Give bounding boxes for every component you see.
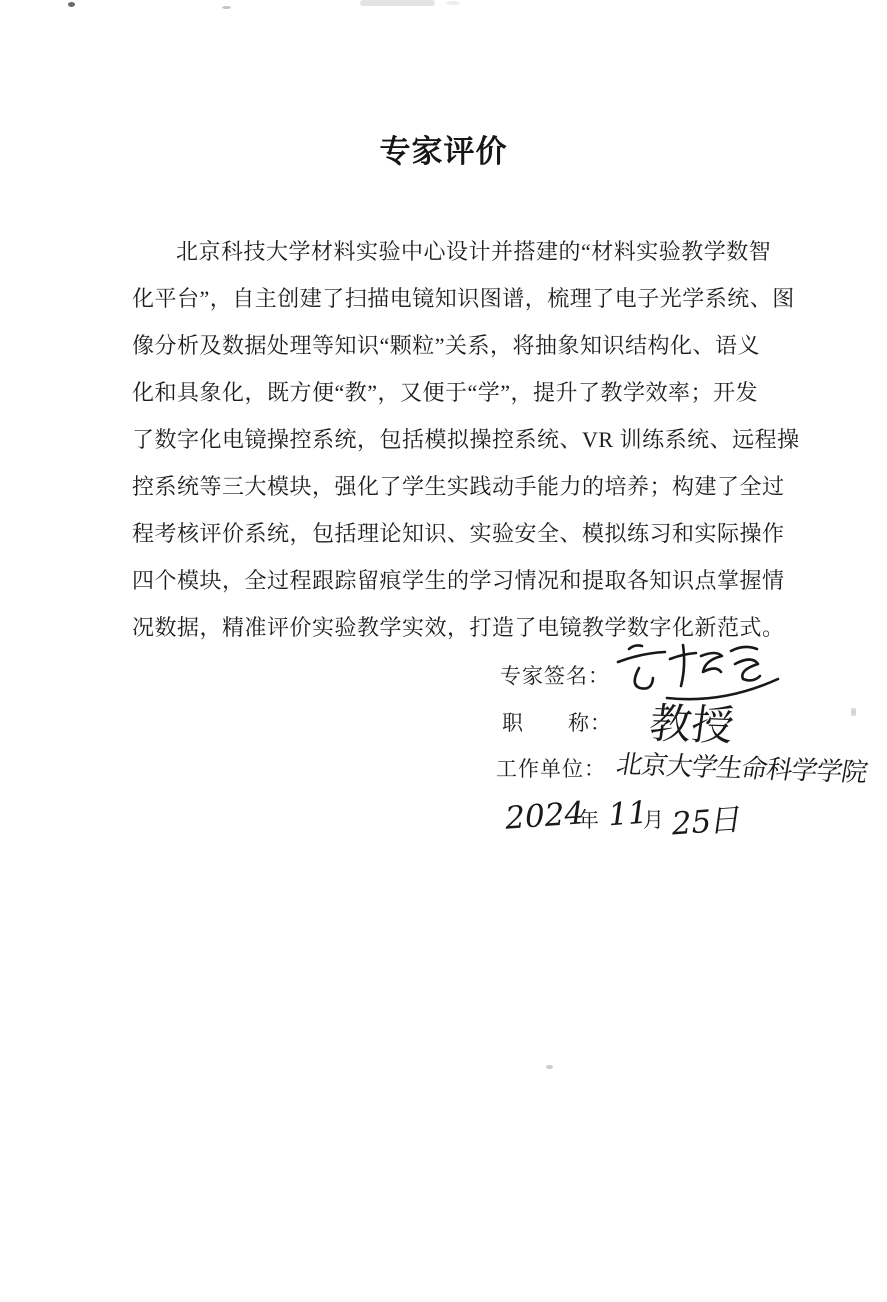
paragraph-line: 了数字化电镜操控系统，包括模拟操控系统、VR 训练系统、远程操 — [132, 416, 792, 463]
handwritten-work-unit: 北京大学生命科学学院 — [614, 744, 870, 790]
handwritten-year: 2024 — [503, 795, 587, 837]
scan-noise-speck — [546, 1065, 553, 1069]
evaluation-paragraph: 北京科技大学材料实验中心设计并搭建的“材料实验教学数智 化平台”，自主创建了扫描… — [132, 228, 792, 651]
paragraph-line: 北京科技大学材料实验中心设计并搭建的“材料实验教学数智 — [132, 228, 792, 275]
paragraph-line: 化平台”，自主创建了扫描电镜知识图谱，梳理了电子光学系统、图 — [132, 275, 792, 322]
work-unit-label: 工作单位： — [496, 753, 606, 783]
expert-signature-label: 专家签名： — [500, 660, 610, 690]
month-unit-label: 月 — [643, 804, 664, 834]
handwritten-day: 25日 — [669, 793, 746, 843]
paragraph-line: 像分析及数据处理等知识“颗粒”关系，将抽象知识结构化、语义 — [132, 322, 792, 369]
scan-noise-smudge — [446, 1, 460, 5]
paragraph-line: 控系统等三大模块，强化了学生实践动手能力的培养；构建了全过 — [132, 463, 792, 510]
scan-noise-smudge — [360, 0, 435, 6]
year-unit-label: 年 — [578, 804, 599, 834]
scanned-document-page: 专家评价 北京科技大学材料实验中心设计并搭建的“材料实验教学数智 化平台”，自主… — [0, 0, 887, 1302]
scan-noise-speck — [68, 2, 75, 7]
job-title-label: 职 称： — [502, 707, 612, 737]
paragraph-line: 化和具象化，既方便“教”，又便于“学”，提升了教学效率；开发 — [132, 369, 792, 416]
paragraph-line: 程考核评价系统，包括理论知识、实验安全、模拟练习和实际操作 — [132, 510, 792, 557]
handwritten-job-title: 教授 — [646, 691, 738, 754]
page-title: 专家评价 — [0, 126, 887, 171]
scan-noise-speck — [222, 6, 231, 9]
paragraph-line: 四个模块，全过程跟踪留痕学生的学习情况和提取各知识点掌握情 — [132, 557, 792, 604]
scan-noise-speck — [851, 708, 856, 716]
